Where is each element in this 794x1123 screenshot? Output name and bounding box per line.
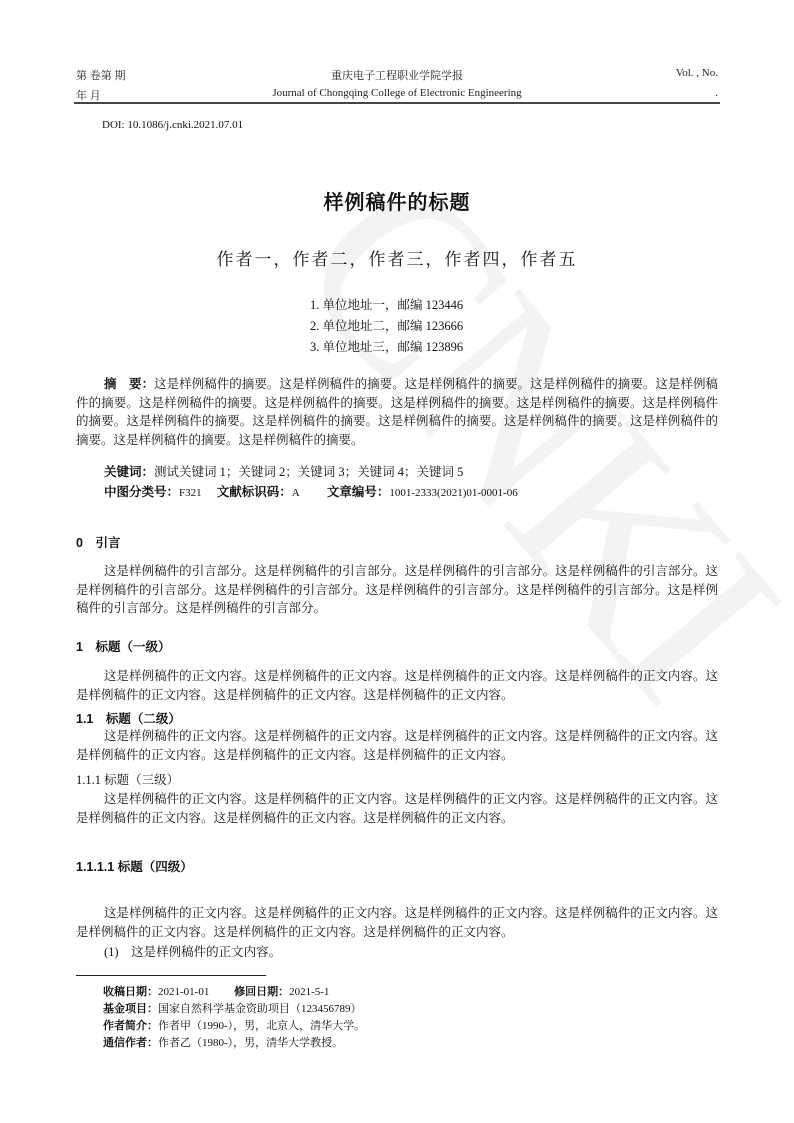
paper-title: 样例稿件的标题	[0, 186, 794, 215]
article-no-label: 文章编号：	[327, 485, 390, 499]
section-1-1-1-1-heading: 1.1.1.1 标题（四级）	[76, 857, 193, 875]
classification: 中图分类号：F321 文献标识码：A 文章编号：1001-2333(2021)0…	[104, 482, 518, 500]
affiliation-1: 1. 单位地址一，邮编 123446	[310, 295, 463, 313]
abstract-text: 这是样例稿件的摘要。这是样例稿件的摘要。这是样例稿件的摘要。这是样例稿件的摘要。…	[76, 377, 718, 447]
keywords-label: 关键词：	[104, 465, 154, 479]
revised-label: 修回日期：	[234, 986, 289, 998]
header-right-dot: .	[715, 87, 718, 99]
fund-value: 国家自然科学基金资助项目（123456789）	[158, 1003, 362, 1015]
clc-value: F321	[179, 487, 202, 499]
footnote-rule	[76, 975, 266, 976]
section-1-heading: 1 标题（一级）	[76, 637, 170, 655]
fund-label: 基金项目：	[103, 1003, 158, 1015]
clc-label: 中图分类号：	[104, 485, 179, 499]
doc-code-value: A	[292, 487, 300, 499]
corr-value: 作者乙（1980-），男，清华大学教授。	[158, 1037, 343, 1049]
affiliation-2: 2. 单位地址二，邮编 123666	[310, 316, 463, 334]
affiliation-3: 3. 单位地址三，邮编 123896	[310, 337, 463, 355]
section-1-text: 这是样例稿件的正文内容。这是样例稿件的正文内容。这是样例稿件的正文内容。这是样例…	[76, 667, 718, 704]
corr-label: 通信作者：	[103, 1037, 158, 1049]
footnote-corresponding: 通信作者：作者乙（1980-），男，清华大学教授。	[103, 1034, 343, 1050]
footnote-author-bio: 作者简介：作者甲（1990-），男，北京人，清华大学。	[103, 1017, 365, 1033]
doc-code-label: 文献标识码：	[217, 485, 292, 499]
abstract-label: 摘 要：	[76, 377, 154, 391]
doi: DOI: 10.1086/j.cnki.2021.07.01	[102, 119, 243, 131]
list-item-1: (1) 这是样例稿件的正文内容。	[104, 943, 704, 962]
keywords-text: 测试关键词 1；关键词 2；关键词 3；关键词 4；关键词 5	[154, 465, 463, 479]
footnote-dates: 收稿日期：2021-01-01 修回日期：2021-5-1	[103, 983, 329, 999]
section-1-1-1-1-text: 这是样例稿件的正文内容。这是样例稿件的正文内容。这是样例稿件的正文内容。这是样例…	[76, 904, 718, 941]
header-journal-en: Journal of Chongqing College of Electron…	[0, 87, 794, 99]
bio-value: 作者甲（1990-），男，北京人，清华大学。	[158, 1020, 365, 1032]
revised-value: 2021-5-1	[289, 986, 329, 998]
article-no-value: 1001-2333(2021)01-0001-06	[389, 487, 517, 499]
keywords: 关键词：测试关键词 1；关键词 2；关键词 3；关键词 4；关键词 5	[104, 462, 463, 480]
bio-label: 作者简介：	[103, 1020, 158, 1032]
section-1-1-text: 这是样例稿件的正文内容。这是样例稿件的正文内容。这是样例稿件的正文内容。这是样例…	[76, 727, 718, 764]
section-1-1-heading: 1.1 标题（二级）	[76, 709, 181, 727]
header-rule	[74, 102, 720, 104]
section-0-heading: 0 引言	[76, 533, 120, 551]
section-0-text: 这是样例稿件的引言部分。这是样例稿件的引言部分。这是样例稿件的引言部分。这是样例…	[76, 562, 718, 618]
footnote-fund: 基金项目：国家自然科学基金资助项目（123456789）	[103, 1000, 362, 1016]
authors: 作者一，作者二，作者三，作者四，作者五	[0, 245, 794, 270]
section-1-1-1-heading: 1.1.1 标题（三级）	[76, 770, 179, 788]
section-1-1-1-text: 这是样例稿件的正文内容。这是样例稿件的正文内容。这是样例稿件的正文内容。这是样例…	[76, 790, 718, 827]
header-vol-no: Vol. , No.	[676, 67, 718, 79]
abstract: 摘 要：这是样例稿件的摘要。这是样例稿件的摘要。这是样例稿件的摘要。这是样例稿件…	[76, 375, 718, 449]
received-value: 2021-01-01	[158, 986, 209, 998]
received-label: 收稿日期：	[103, 986, 158, 998]
